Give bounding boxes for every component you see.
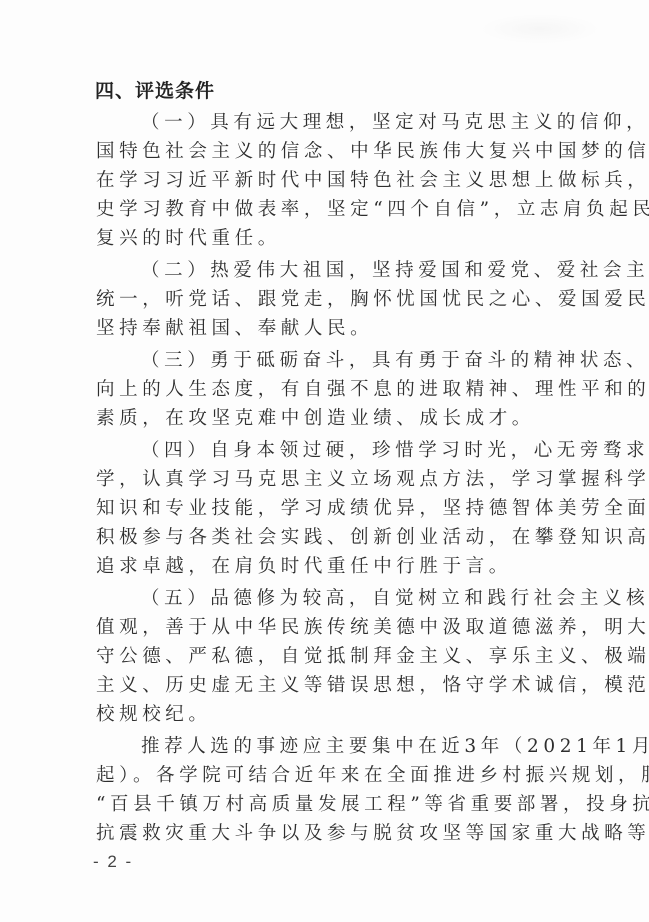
text-line: 积极参与各类社会实践、创新创业活动，在攀登知识高峰中 <box>96 523 566 552</box>
text-line: （二）热爱伟大祖国，坚持爱国和爱党、爱社会主义相 <box>96 256 566 285</box>
document-page: 四、评选条件 （一）具有远大理想，坚定对马克思主义的信仰，有中国特色社会主义的信… <box>0 0 649 922</box>
text-line: （五）品德修为较高，自觉树立和践行社会主义核心价 <box>96 584 566 613</box>
text-line: 学，认真学习马克思主义立场观点方法，学习掌握科学文化 <box>96 465 566 494</box>
text-line: 推荐人选的事迹应主要集中在近3年（2021年1月1日 <box>96 732 566 761</box>
text-line: （三）勇于砥砺奋斗，具有勇于奋斗的精神状态、乐观 <box>96 346 566 375</box>
text-line: 追求卓越，在肩负时代重任中行胜于言。 <box>96 552 566 581</box>
text-line: 抗震救灾重大斗争以及参与脱贫攻坚等国家重大战略等方 <box>96 819 566 848</box>
text-line: 复兴的时代重任。 <box>96 224 566 253</box>
text-line: 向上的人生态度，有自强不息的进取精神、理性平和的心理 <box>96 375 566 404</box>
text-line: 值观，善于从中华民族传统美德中汲取道德滋养，明大德、 <box>96 613 566 642</box>
text-line: （一）具有远大理想，坚定对马克思主义的信仰，有中 <box>96 108 566 137</box>
text-line: 起）。各学院可结合近年来在全面推进乡村振兴规划，服务 <box>96 761 566 790</box>
text-line: 在学习习近平新时代中国特色社会主义思想上做标兵，在党 <box>96 166 566 195</box>
text-line: “百县千镇万村高质量发展工程”等省重要部署，投身抗洪 <box>96 790 566 819</box>
text-line: 坚持奉献祖国、奉献人民。 <box>96 314 566 343</box>
text-line: 知识和专业技能，学习成绩优异，坚持德智体美劳全面发展， <box>96 494 566 523</box>
text-line: 主义、历史虚无主义等错误思想，恪守学术诚信，模范遵守 <box>96 671 566 700</box>
section-heading: 四、评选条件 <box>95 76 215 103</box>
text-line: 校规校纪。 <box>96 700 566 729</box>
text-line: 守公德、严私德，自觉抵制拜金主义、享乐主义、极端个人 <box>96 642 566 671</box>
text-line: （四）自身本领过硬，珍惜学习时光，心无旁骛求知问 <box>96 436 566 465</box>
faint-stamp-mark <box>480 14 600 44</box>
page-number: - 2 - <box>93 852 133 872</box>
text-line: 素质，在攻坚克难中创造业绩、成长成才。 <box>96 404 566 433</box>
document-body: （一）具有远大理想，坚定对马克思主义的信仰，有中国特色社会主义的信念、中华民族伟… <box>96 108 566 848</box>
text-line: 国特色社会主义的信念、中华民族伟大复兴中国梦的信心， <box>96 137 566 166</box>
text-line: 统一，听党话、跟党走，胸怀忧国忧民之心、爱国爱民之情， <box>96 285 566 314</box>
text-line: 史学习教育中做表率，坚定“四个自信”，立志肩负起民族 <box>96 195 566 224</box>
